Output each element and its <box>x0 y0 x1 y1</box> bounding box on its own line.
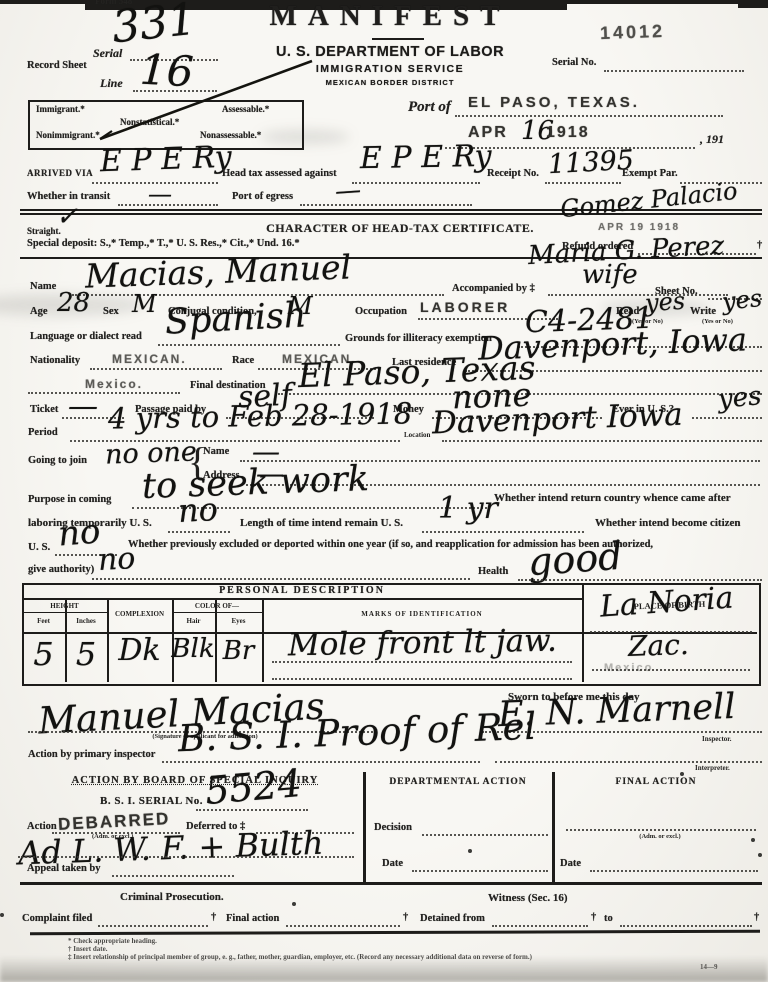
inches-header: Inches <box>65 617 107 625</box>
field-line <box>90 367 222 370</box>
health-label: Health <box>478 566 508 577</box>
field-line <box>548 293 728 296</box>
stamp-birth-country: Mexico <box>604 662 653 674</box>
table-line <box>22 598 582 600</box>
exempt-par-label: Exempt Par. <box>622 168 678 179</box>
field-line <box>92 577 470 580</box>
bsi-serial-label: B. S. I. SERIAL No. <box>100 795 203 807</box>
location-value: Davenport Iowa <box>432 400 684 440</box>
criminal-prosecution-label: Criminal Prosecution. <box>120 891 224 903</box>
final-date-label: Date <box>560 858 581 869</box>
manifest-document: Form 548 331 Serial Record Sheet Line 16… <box>0 0 768 982</box>
departmental-action-title: DEPARTMENTAL ACTION <box>366 777 550 787</box>
field-line <box>72 293 444 296</box>
detained-from-label: Detained from <box>420 913 485 924</box>
port-of-egress-label: Port of egress <box>232 191 293 202</box>
departmental-date-label: Date <box>382 858 403 869</box>
purpose-label: Purpose in coming <box>28 494 111 505</box>
field-line <box>286 924 400 927</box>
language-label: Language or dialect read <box>30 331 142 342</box>
field-line <box>112 874 234 877</box>
write-value: yes <box>721 286 763 314</box>
stamp-nationality: MEXICAN. <box>112 352 187 366</box>
going-to-join-label: Going to join <box>28 455 87 466</box>
receipt-no-label: Receipt No. <box>487 168 539 179</box>
citizen-question-line1: Whether intend become citizen <box>595 517 741 529</box>
citizen-question-line2: U. S. <box>28 541 50 553</box>
return-question-line1: Whether intend return country whence cam… <box>494 492 731 504</box>
appeal-taken-by-label: Appeal taken by <box>27 863 101 874</box>
interpreter-caption: Interpreter. <box>695 764 730 772</box>
ever-in-us-value: yes <box>717 383 763 413</box>
ticket-label: Ticket <box>30 404 58 415</box>
witness-label: Witness (Sec. 16) <box>488 892 568 904</box>
arrived-via-value: E P E Ry <box>100 143 233 178</box>
arrived-via-label: ARRIVED VIA <box>27 168 93 178</box>
complaint-filed-label: Complaint filed <box>22 913 92 924</box>
description-title: PERSONAL DESCRIPTION <box>22 585 582 596</box>
district-heading: MEXICAN BORDER DISTRICT <box>230 78 550 87</box>
field-line <box>412 869 548 872</box>
field-line <box>620 924 752 927</box>
marks-header: MARKS OF IDENTIFICATION <box>262 610 582 618</box>
section-rule <box>30 930 760 936</box>
head-tax-certificate-title: CHARACTER OF HEAD-TAX CERTIFICATE. <box>240 221 560 236</box>
field-line <box>422 833 548 836</box>
period-value: 4 yrs to Feb 28-1918 <box>108 399 413 433</box>
year-print: , 191 <box>700 132 724 147</box>
detained-to-label: to <box>604 913 613 924</box>
remain-label: Length of time intend remain U. S. <box>240 517 403 529</box>
serial-handwritten: 331 <box>110 0 198 50</box>
ink-speck <box>292 902 296 906</box>
ink-speck <box>758 853 762 857</box>
field-line <box>272 660 572 663</box>
illiteracy-exemption-label: Grounds for illiteracy exemption <box>345 333 492 344</box>
citizen-value: no <box>57 515 102 552</box>
inches-value: 5 <box>65 638 107 670</box>
column-divider <box>552 772 555 882</box>
special-deposit-label: Special deposit: S.,* Temp.,* T.,* U. S.… <box>27 238 300 249</box>
stamp-date-year: 1918 <box>546 124 590 142</box>
final-action-title: FINAL ACTION <box>556 777 756 787</box>
field-line <box>118 203 218 206</box>
age-value: 28 <box>57 290 90 316</box>
field-line <box>162 760 480 763</box>
age-label: Age <box>30 306 48 317</box>
name-value: Macias, Manuel <box>85 250 352 292</box>
field-line <box>422 530 584 533</box>
feet-value: 5 <box>22 638 65 670</box>
dagger-mark: † <box>754 912 759 923</box>
going-to-join-value: no one <box>105 438 198 468</box>
name-label: Name <box>30 281 56 292</box>
stamp-apr-19-1918: APR 19 1918 <box>598 222 680 233</box>
feet-header: Feet <box>22 617 65 625</box>
bsi-serial-value: 5524 <box>204 764 304 810</box>
refund-dagger: † <box>757 240 762 251</box>
scan-edge-bottom <box>0 956 768 982</box>
ink-speck <box>751 838 755 842</box>
accompanied-by-label: Accompanied by ‡ <box>452 283 535 294</box>
table-line <box>172 612 262 613</box>
record-sheet-label: Record Sheet <box>27 60 87 71</box>
complexion-value: Dk <box>107 636 172 666</box>
field-line <box>495 760 762 763</box>
give-authority-value: no <box>97 544 136 576</box>
give-authority-label: give authority) <box>28 564 94 575</box>
field-line <box>442 439 762 442</box>
service-heading: IMMIGRATION SERVICE <box>230 63 550 75</box>
race-label: Race <box>232 355 254 366</box>
eyes-header: Eyes <box>215 617 262 625</box>
dagger-mark: † <box>403 912 408 923</box>
field-line <box>196 808 308 811</box>
field-line <box>604 69 744 72</box>
serial-no-label: Serial No. <box>552 57 596 68</box>
dagger-mark: † <box>591 912 596 923</box>
height-header: HEIGHT <box>22 602 107 610</box>
field-line <box>28 391 180 394</box>
birth-place-value-line2: Zac. <box>628 631 690 661</box>
footnote-2: † Insert date. <box>68 945 107 953</box>
field-line <box>158 343 340 346</box>
field-line <box>566 828 756 831</box>
scan-edge-top-right <box>738 0 768 8</box>
dagger-mark: † <box>211 912 216 923</box>
whether-in-transit-label: Whether in transit <box>27 191 110 202</box>
head-tax-value: E P E Ry <box>360 142 492 174</box>
birth-place-value-line1: La Noria <box>599 583 734 622</box>
field-line <box>692 416 762 419</box>
final-action-row-label: Final action <box>226 913 279 924</box>
marks-value: Mole front lt jaw. <box>288 626 557 662</box>
field-line <box>492 924 588 927</box>
location-label: Location <box>404 431 430 439</box>
stamp-serial-number: 14012 <box>600 21 666 44</box>
primary-inspector-action-value: B. S. I. Proof of Rel <box>177 708 536 757</box>
board-title: ACTION BY BOARD OF SPECIAL INQUIRY <box>30 775 360 786</box>
primary-inspector-action-label: Action by primary inspector <box>28 749 155 760</box>
sex-label: Sex <box>103 306 119 317</box>
hair-header: Hair <box>172 617 215 625</box>
decision-label: Decision <box>374 822 412 833</box>
eyes-value: Br <box>215 638 262 664</box>
sex-value: M <box>132 292 157 316</box>
join-name-label: Name <box>203 446 229 457</box>
field-line <box>272 677 572 680</box>
field-line <box>300 203 472 206</box>
field-line <box>18 855 354 858</box>
straight-check-mark: ✓ <box>56 204 78 230</box>
remain-value: 1 yr <box>438 494 498 524</box>
table-line <box>22 612 107 613</box>
head-tax-label: Head tax assessed against <box>222 168 337 179</box>
health-value: good <box>527 537 624 581</box>
color-of-header: COLOR OF— <box>172 602 262 610</box>
inspector-caption: Inspector. <box>702 735 732 743</box>
footnote-1: * Check appropriate heading. <box>68 937 157 945</box>
language-value: Spanish <box>164 298 307 340</box>
field-line <box>590 869 758 872</box>
occupation-label: Occupation <box>355 306 407 317</box>
stamp-port: EL PASO, TEXAS. <box>468 94 640 111</box>
write-label: Write <box>690 306 716 317</box>
port-of-egress-value: — <box>334 177 362 205</box>
ink-speck <box>680 772 684 776</box>
final-action-caption: (Adm. or excl.) <box>600 833 720 840</box>
field-line <box>455 114 723 117</box>
field-line <box>98 924 208 927</box>
stamp-occupation: LABORER <box>420 299 510 315</box>
nationality-label: Nationality <box>30 355 80 366</box>
period-label: Period <box>28 427 58 438</box>
field-line <box>168 530 230 533</box>
department-heading: U. S. DEPARTMENT OF LABOR <box>230 44 550 60</box>
table-line <box>582 583 584 682</box>
ink-speck <box>468 849 472 853</box>
field-line <box>352 181 480 184</box>
section-rule <box>20 882 762 885</box>
ink-speck <box>0 913 4 917</box>
title-underline <box>372 38 424 40</box>
complexion-header: COMPLEXION <box>107 610 172 618</box>
classification-immigrant: Immigrant.* <box>36 104 85 114</box>
page-title: MANIFEST <box>228 0 552 33</box>
hair-value: Blk <box>170 636 216 662</box>
column-divider <box>363 772 366 882</box>
return-value: no <box>177 493 218 527</box>
accompanied-by-value: wife <box>582 262 638 288</box>
port-of-label: Port of <box>408 99 451 116</box>
field-line <box>545 181 621 184</box>
purpose-value: to seek work <box>141 462 369 505</box>
